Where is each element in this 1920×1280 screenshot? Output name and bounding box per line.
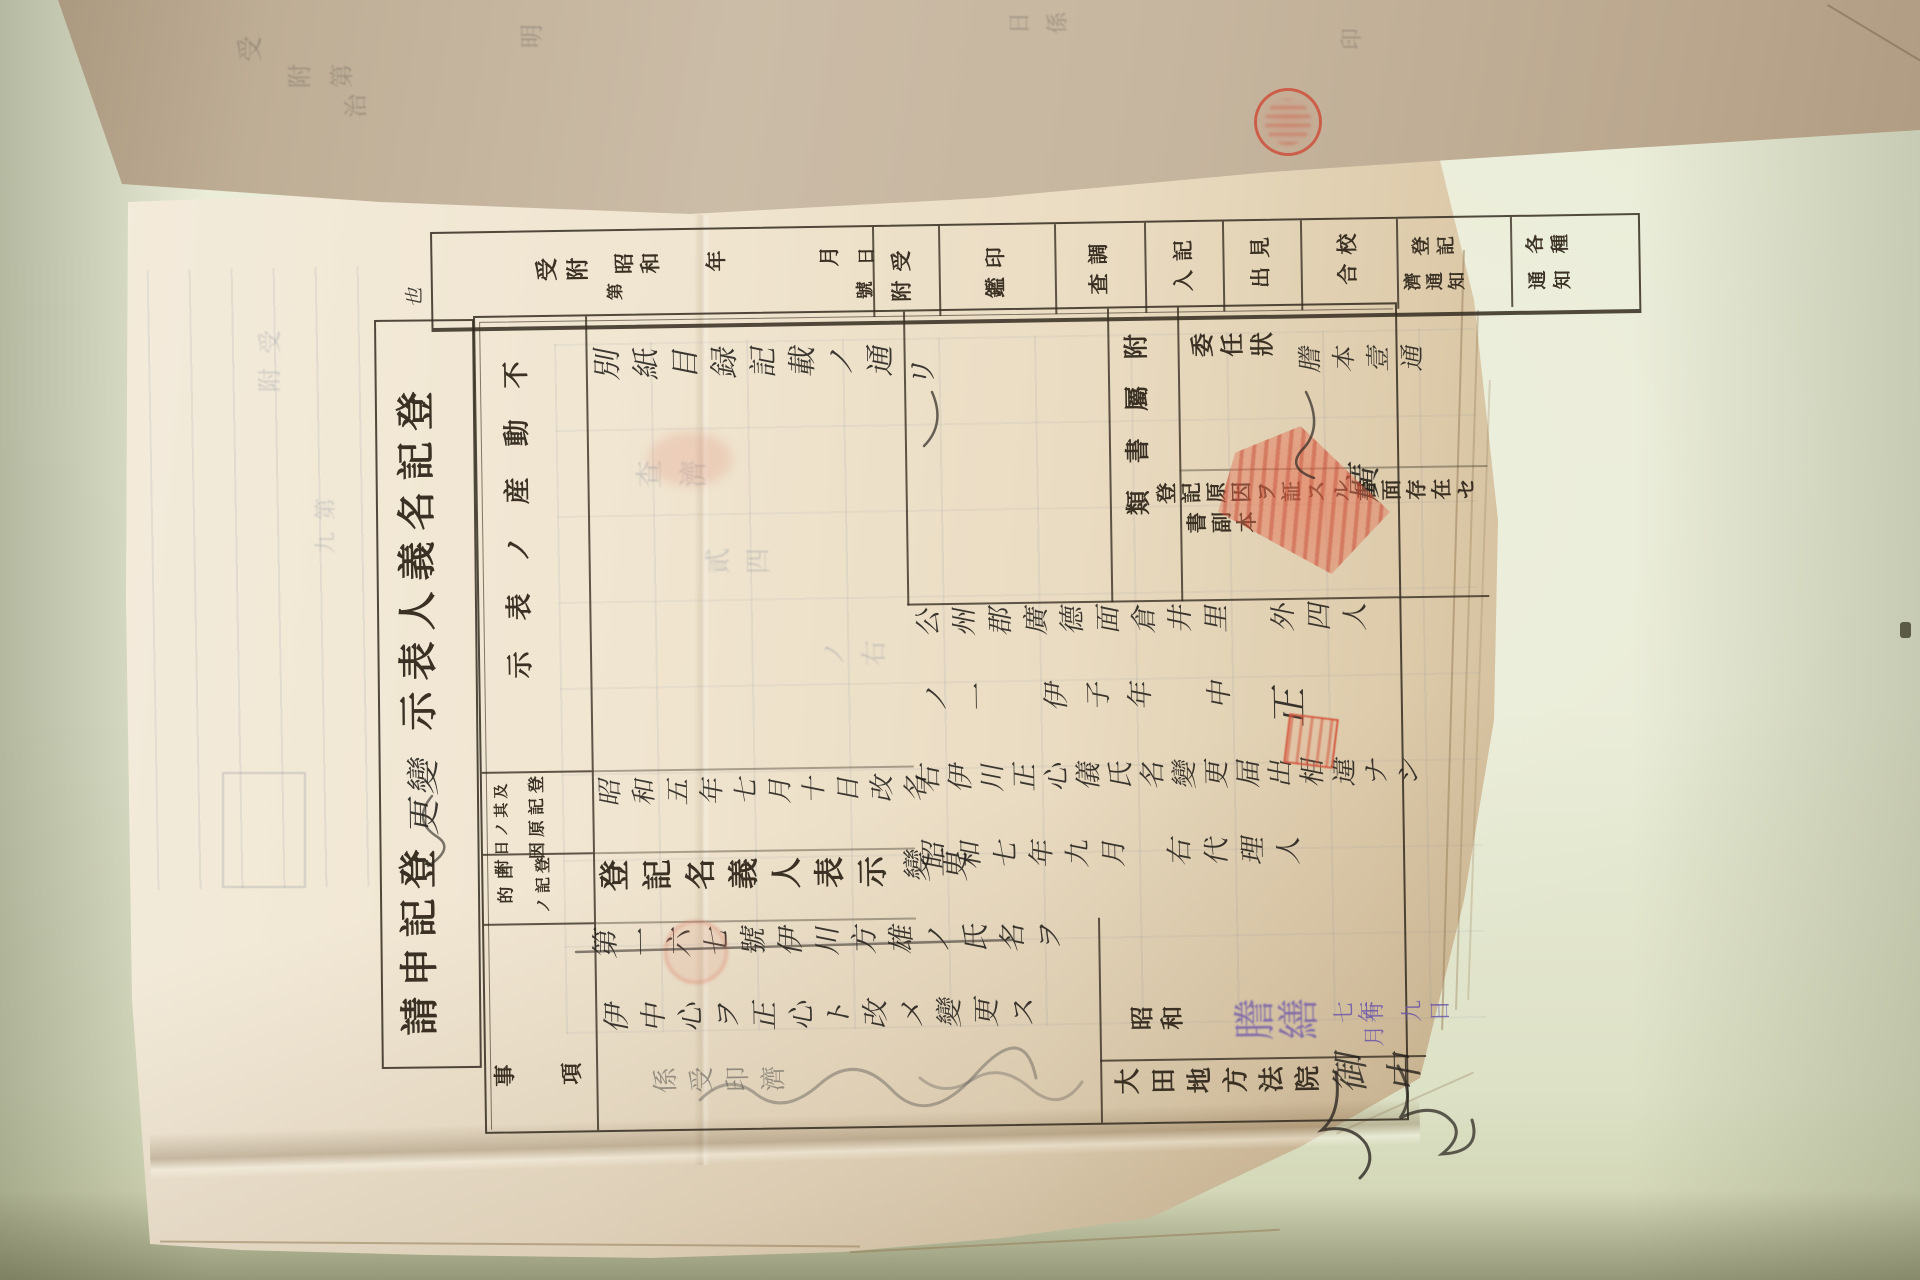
header-divider [1144,223,1147,313]
row-label-matters-1: 事 [494,1064,516,1086]
stamp-box-misc-notice-2: 通知 [1529,270,1573,290]
number-prefix-label: 第 [608,283,625,300]
stamp-box-registered-notice-2: 濟通知 [1405,272,1467,291]
title-margin-note: 也 [404,286,424,306]
surface-speck [1900,622,1911,638]
era-label: 昭和 [613,252,660,274]
faded-round-seal-stamp [664,920,728,984]
stamp-box-registered-notice: 登記 [1412,236,1456,256]
round-stamp-inner-marks [1265,99,1311,145]
row-label-cause: 登記原因 [529,776,547,859]
handwritten-property-entry-2: リ [909,357,939,387]
attachment-handwritten-note: 謄本壹通 [1298,344,1426,372]
row-label-purpose: 登記ノ [535,857,552,913]
kraft-ghost-text: 治 [344,94,368,118]
document-title-lower: 登記申請 [400,849,441,1035]
document-title-inserted: 變更 [407,757,444,833]
kraft-ghost-text: 明 [520,24,544,48]
header-divider [1300,220,1303,310]
main-form-table: 不動産ノ表示 登記原因 及其ノ日附 登記ノ 目的 事 項 附屬書類 委任狀 謄本… [473,302,1409,1134]
year-label: 年 [705,250,726,271]
header-divider [1396,219,1399,309]
stamp-box-seal: 印鑑 [984,247,1006,298]
handwritten-property-entry: 別紙目録記載ノ通 [592,344,896,380]
stamp-box-receipt: 受附 [890,250,912,301]
court-name: 大田地方法院 [1115,1065,1321,1094]
stamp-box-misc-notice: 各種 [1526,234,1570,254]
purple-date-day: 九日 [1402,1000,1452,1023]
red-round-seal-stamp [1254,88,1322,156]
footer-era-label: 昭和 [1130,1006,1184,1031]
stamp-box-collate: 校合 [1336,233,1358,284]
row-label-cause-date: 及其ノ日附 [494,784,510,875]
kraft-ghost-text: 受 [238,36,264,62]
red-square-seal-stamp [1283,713,1339,769]
document-title-upper: 登記名義人表示 [397,391,440,730]
header-divider [1054,224,1057,314]
receipt-label: 受附 [535,257,589,281]
row-label-purpose-2: 目的 [498,863,516,903]
bleed-ghost-text: 受附 [258,330,282,392]
bleed-through-stamp-box [222,772,306,888]
faded-pink-smudge [648,432,732,486]
pencil-annotation: 係受印濟 [653,1065,787,1093]
handwritten-applicant-line-2: ノ一伊子年中 [922,679,1233,712]
header-divider [1510,217,1513,307]
bleed-ghost-text: 第九 [316,498,338,554]
attachments-label: 附屬書類 [1123,334,1151,515]
row-label-matters-2: 項 [561,1062,583,1084]
handwritten-addressee: 御中 [1331,1050,1426,1091]
attachment-item-power-of-attorney: 委任狀 [1190,332,1274,357]
purple-date-month: 有月 [1364,1001,1387,1047]
stamp-box-entry: 記入 [1172,240,1194,291]
kraft-ghost-text: 印 [1342,28,1364,50]
title-strip: 登記名義人表示 變更 登記申請 [374,319,482,1069]
stamp-box-index: 見出 [1249,237,1271,288]
purple-stamp-text: 謄繕 [1234,998,1321,1041]
surface-shadow-right [1580,0,1920,1280]
kraft-ghost-text: 附第 [288,64,354,88]
header-divider [938,226,941,316]
handwritten-cause-entry: 昭和五年七月十日改名 [597,773,930,805]
stamp-box-examine: 調查 [1087,243,1109,294]
row-label-property: 不動産ノ表示 [503,361,535,678]
month-label: 月 [818,246,839,267]
header-divider [1222,222,1225,312]
header-divider [872,227,875,317]
purpose-entry-printed: 登記名義人表示 [600,856,889,891]
handwritten-applicant-line-4: 昭和七年九月右代理人 [920,835,1303,869]
kraft-ghost-text: 日係 [1010,12,1070,34]
